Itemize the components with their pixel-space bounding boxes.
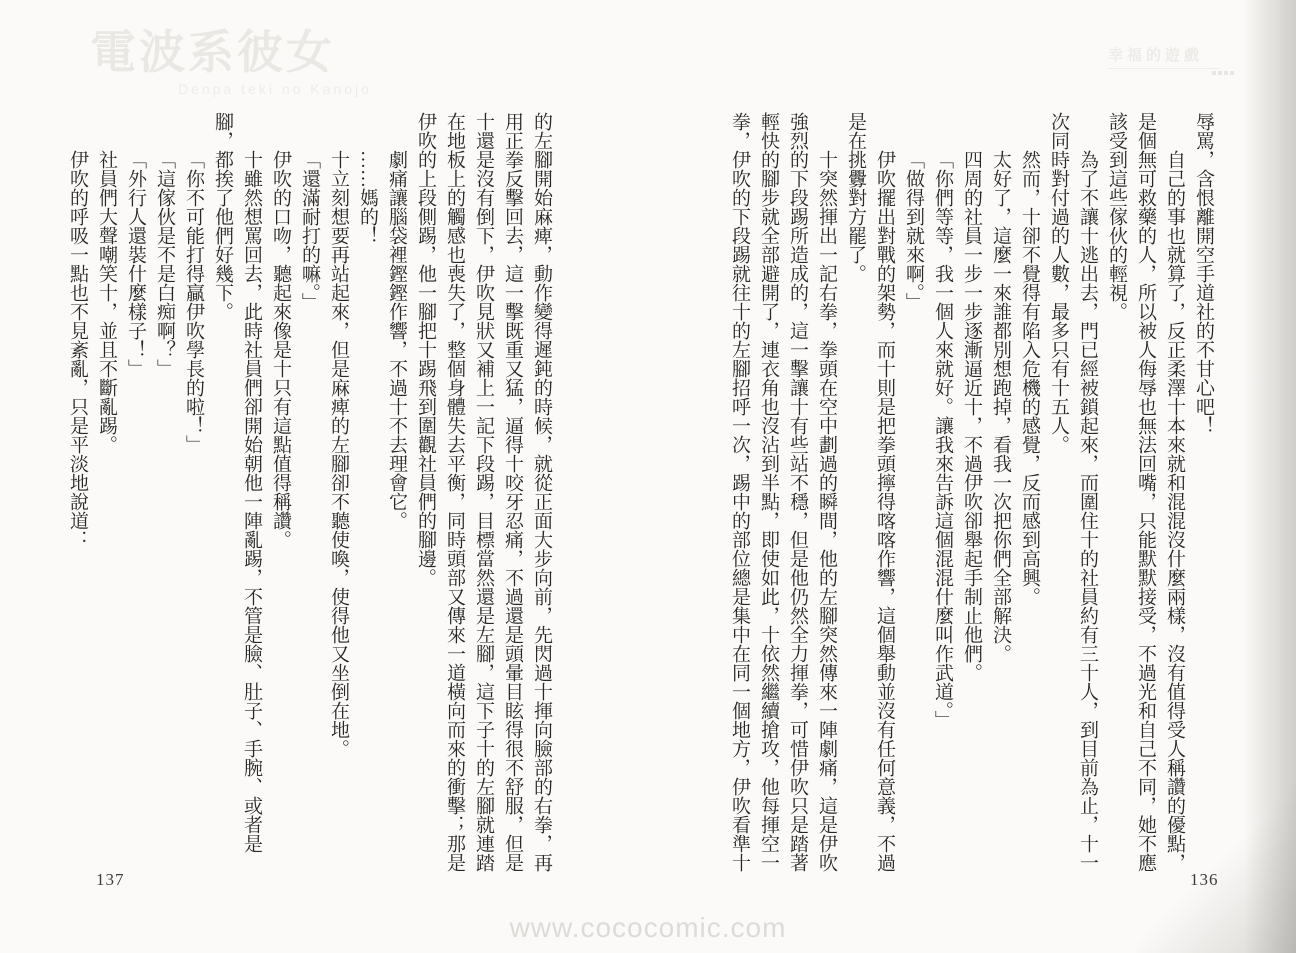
text-column: 拳，伊吹的下段踢就往十的左腳招呼一次，踢中的部位總是集中在同一個地方，伊吹看準十 — [725, 112, 754, 884]
book-spread-scan: 電波系彼女 Denpa teki no Kanojo 幸福的遊戲 辱罵，含恨離開… — [0, 0, 1296, 953]
text-column: 用正拳反擊回去，這一擊既重又猛，逼得十咬牙忍痛，不過還是頭暈目眩得很不舒服，但是 — [498, 112, 527, 884]
text-column: 十雖然想罵回去，此時社員們卻開始朝他一陣亂踢，不管是臉、肚子、手腕、或者是 — [237, 112, 266, 884]
text-column: 「做得到就來啊。」 — [899, 112, 928, 884]
series-logo: 電波系彼女 Denpa teki no Kanojo — [90, 28, 372, 97]
text-column: 伊吹擺出對戰的架勢，而十則是把拳頭擰得喀喀作響，這個舉動並沒有任何意義，不過 — [870, 112, 899, 884]
text-column: 然而，十卻不覺得有陷入危機的感覺，反而感到高興。 — [1015, 112, 1044, 884]
text-column: 「還滿耐打的嘛。」 — [295, 112, 324, 884]
scan-corner-shadow — [1136, 733, 1296, 953]
text-column: 十立刻想要再站起來，但是麻痺的左腳卻不聽使喚，使得他又坐倒在地。 — [324, 112, 353, 884]
text-column: 伊吹的口吻，聽起來像是十只有這點值得稱讚。 — [266, 112, 295, 884]
text-column: 次同時對付過的人數，最多只有十五人。 — [1044, 112, 1073, 884]
text-column: 為了不讓十逃出去，門已經被鎖起來，而圍住十的社員約有三十人，到目前為止，十一 — [1073, 112, 1102, 884]
text-column: 四周的社員一步一步逐漸逼近十，不過伊吹卻舉起手制止他們。 — [957, 112, 986, 884]
page-number-left: 137 — [96, 870, 125, 890]
text-column: 該受到這些傢伙的輕視。 — [1102, 112, 1131, 884]
text-column: 伊吹的呼吸一點也不見紊亂，只是平淡地說道： — [63, 112, 92, 884]
text-column: 社員們大聲嘲笑十，並且不斷亂踢。 — [92, 112, 121, 884]
chapter-header: 幸福的遊戲 — [1108, 44, 1234, 75]
text-column: ……媽的！ — [353, 112, 382, 884]
text-column: 強烈的下段踢所造成的，這一擊讓十有些站不穩，但是他仍然全力揮拳，可惜伊吹只是踏著 — [783, 112, 812, 884]
text-column: 「這傢伙是不是白痴啊？」 — [150, 112, 179, 884]
text-column: 太好了，這麼一來誰都別想跑掉，看我一次把你們全部解決。 — [986, 112, 1015, 884]
text-column: 劇痛讓腦袋裡鏗鏗作響，不過十不去理會它。 — [382, 112, 411, 884]
page-137-text: 的左腳開始麻痺，動作變得遲鈍的時候，就從正面大步向前，先閃過十揮向臉部的右拳，再… — [62, 112, 556, 884]
text-column: 十突然揮出一記右拳，拳頭在空中劃過的瞬間，他的左腳突然傳來一陣劇痛，這是伊吹 — [812, 112, 841, 884]
text-column: 「外行人還裝什麼樣子！」 — [121, 112, 150, 884]
text-column: 是在挑釁對方罷了。 — [841, 112, 870, 884]
chapter-header-rule — [1108, 68, 1220, 69]
series-logo-title: 電波系彼女 — [90, 28, 372, 79]
text-column: 在地板上的觸感也喪失了，整個身體失去平衡，同時頭部又傳來一道橫向而來的衝擊；那是 — [440, 112, 469, 884]
chapter-header-title: 幸福的遊戲 — [1108, 44, 1234, 65]
text-column: 輕快的腳步就全部避開了，連衣角也沒沾到半點，即使如此，十依然繼續搶攻，他每揮空一 — [754, 112, 783, 884]
chapter-header-squares — [1108, 71, 1234, 75]
text-column: 「你們等等，我一個人來就好。讓我來告訴這個混混什麼叫作武道。」 — [928, 112, 957, 884]
text-column: 「你不可能打得贏伊吹學長的啦！」 — [179, 112, 208, 884]
text-column: 腳，都挨了他們好幾下。 — [208, 112, 237, 884]
series-logo-subtitle: Denpa teki no Kanojo — [178, 81, 372, 97]
text-column: 十還是沒有倒下，伊吹見狀又補上一記下段踢，目標當然還是左腳，這下子十的左腳就連踏 — [469, 112, 498, 884]
text-column: 伊吹的上段側踢，他一腳把十踢飛到圍觀社員們的腳邊。 — [411, 112, 440, 884]
text-column: 的左腳開始麻痺，動作變得遲鈍的時候，就從正面大步向前，先閃過十揮向臉部的右拳，再 — [527, 112, 556, 884]
watermark-url: www.cococomic.com — [510, 912, 787, 944]
